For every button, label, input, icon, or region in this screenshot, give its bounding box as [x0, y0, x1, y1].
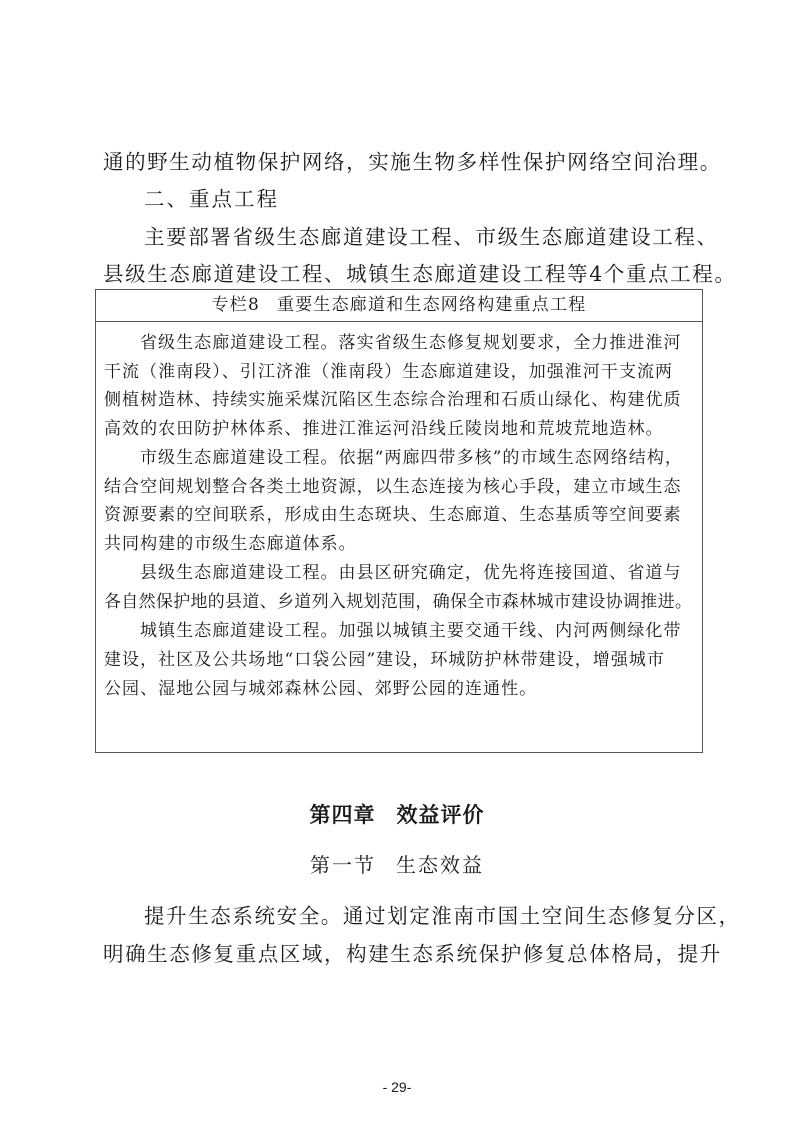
box-para-1-line-3: 侧植树造林、持续实施采煤沉陷区生态综合治理和石质山绿化、构建优质 — [104, 389, 698, 411]
document-page: 通的野生动植物保护网络，实施生物多样性保护网络空间治理。 二、重点工程 主要部署… — [0, 0, 794, 1123]
column-box-number: 专栏8 — [212, 295, 260, 315]
box-para-1-line-1: 省级生态廊道建设工程。落实省级生态修复规划要求，全力推进淮河 — [104, 332, 698, 354]
box-para-4-line-1: 城镇生态廊道建设工程。加强以城镇主要交通干线、内河两侧绿化带 — [104, 620, 698, 642]
box-para-2-line-2: 结合空间规划整合各类土地资源，以生态连接为核心手段，建立市域生态 — [104, 476, 698, 498]
page-number: - 29- — [0, 1078, 794, 1096]
box-para-4-line-3: 公园、湿地公园与城郊森林公园、郊野公园的连通性。 — [104, 678, 698, 700]
column-box-title-text: 重要生态廊道和生态网络构建重点工程 — [277, 295, 586, 315]
chapter-title: 效益评价 — [397, 803, 485, 827]
chapter-heading: 第四章效益评价 — [0, 801, 794, 829]
box-para-4-line-2: 建设，社区及公共场地“口袋公园”建设，环城防护林带建设，增强城市 — [104, 649, 698, 671]
box-para-2-line-1: 市级生态廊道建设工程。依据“两廊四带多核”的市域生态网络结构， — [104, 447, 698, 469]
column-box-8: 专栏8重要生态廊道和生态网络构建重点工程 省级生态廊道建设工程。落实省级生态修复… — [95, 289, 703, 753]
intro-paragraph-line-2: 县级生态廊道建设工程、城镇生态廊道建设工程等4个重点工程。 — [103, 262, 701, 286]
section-number: 第一节 — [310, 853, 376, 877]
chapter-number: 第四章 — [310, 803, 376, 827]
intro-paragraph-line-1: 主要部署省级生态廊道建设工程、市级生态廊道建设工程、 — [103, 225, 701, 249]
box-para-3-line-1: 县级生态廊道建设工程。由县区研究确定，优先将连接国道、省道与 — [104, 562, 698, 584]
section-title: 生态效益 — [396, 853, 484, 877]
box-para-1-line-4: 高效的农田防护林体系、推进江淮运河沿线丘陵岗地和荒坡荒地造林。 — [104, 418, 698, 440]
body-paragraph-line-1: 提升生态系统安全。通过划定淮南市国土空间生态修复分区， — [103, 904, 701, 928]
box-para-1-line-2: 干流（淮南段）、引江济淮（淮南段）生态廊道建设，加强淮河干支流两 — [104, 361, 698, 383]
intro-continuation-line: 通的野生动植物保护网络，实施生物多样性保护网络空间治理。 — [103, 150, 701, 174]
box-para-3-line-2: 各自然保护地的县道、乡道列入规划范围，确保全市森林城市建设协调推进。 — [104, 591, 698, 613]
box-para-2-line-3: 资源要素的空间联系，形成由生态斑块、生态廊道、生态基质等空间要素 — [104, 504, 698, 526]
column-box-title: 专栏8重要生态廊道和生态网络构建重点工程 — [96, 290, 702, 322]
section-heading: 第一节生态效益 — [0, 852, 794, 878]
subheading-key-projects: 二、重点工程 — [144, 187, 742, 211]
box-para-2-line-4: 共同构建的市级生态廊道体系。 — [104, 533, 698, 555]
body-paragraph-line-2: 明确生态修复重点区域，构建生态系统保护修复总体格局，提升 — [103, 942, 701, 966]
